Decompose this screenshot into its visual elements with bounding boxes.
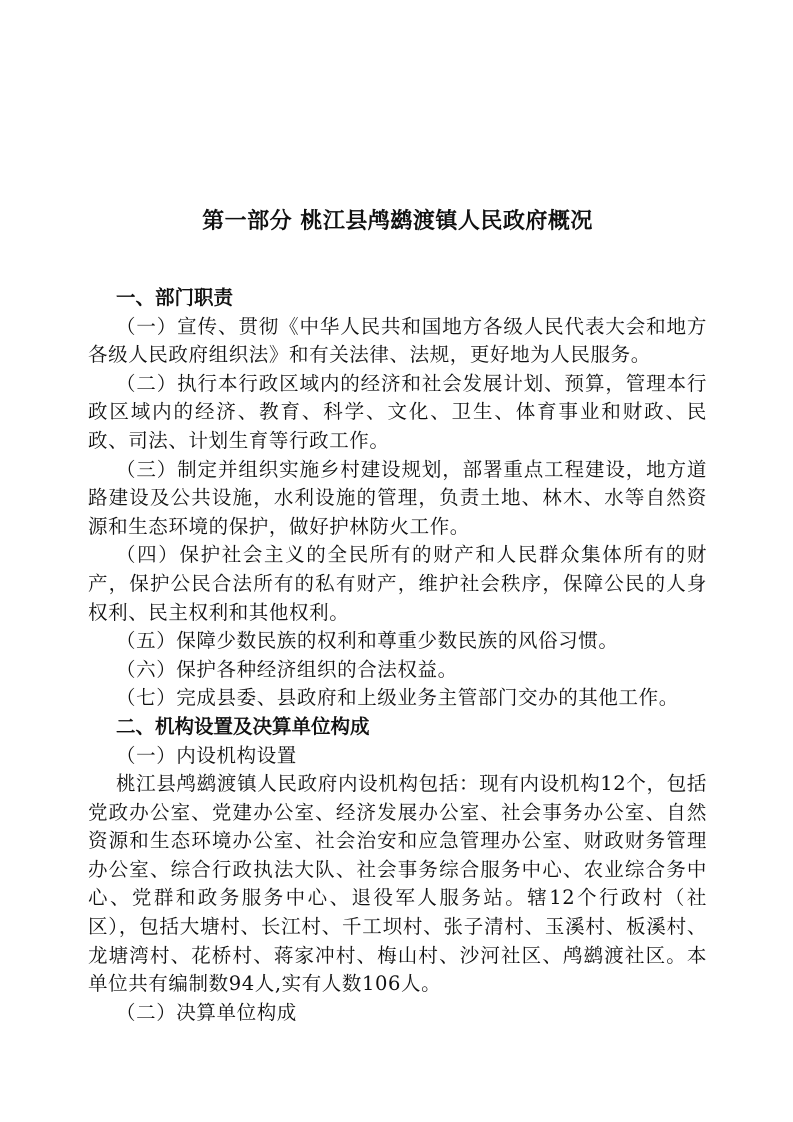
responsibility-item-1: （一）宣传、贯彻《中华人民共和国地方各级人民代表大会和地方各级人民政府组织法》和…: [88, 313, 707, 370]
responsibility-item-6: （六）保护各种经济组织的合法权益。: [88, 656, 707, 685]
responsibility-item-7: （七）完成县委、县政府和上级业务主管部门交办的其他工作。: [88, 684, 707, 713]
internal-structure-paragraph: 桃江县鸬鹚渡镇人民政府内设机构包括：现有内设机构12个，包括党政办公室、党建办公…: [88, 770, 707, 999]
document-title: 第一部分 桃江县鸬鹚渡镇人民政府概况: [88, 205, 707, 239]
responsibility-item-2: （二）执行本行政区域内的经济和社会发展计划、预算，管理本行政区域内的经济、教育、…: [88, 370, 707, 456]
section-heading-organization: 二、机构设置及决算单位构成: [88, 713, 707, 742]
subsection-title-internal-structure: （一）内设机构设置: [88, 742, 707, 771]
responsibility-item-4: （四）保护社会主义的全民所有的财产和人民群众集体所有的财产，保护公民合法所有的私…: [88, 541, 707, 627]
section-heading-responsibilities: 一、部门职责: [88, 284, 707, 313]
subsection-title-budget-units: （二）决算单位构成: [88, 999, 707, 1028]
responsibility-item-3: （三）制定并组织实施乡村建设规划，部署重点工程建设，地方道路建设及公共设施，水利…: [88, 456, 707, 542]
responsibility-item-5: （五）保障少数民族的权利和尊重少数民族的风俗习惯。: [88, 627, 707, 656]
document-body: 一、部门职责 （一）宣传、贯彻《中华人民共和国地方各级人民代表大会和地方各级人民…: [88, 284, 707, 1027]
